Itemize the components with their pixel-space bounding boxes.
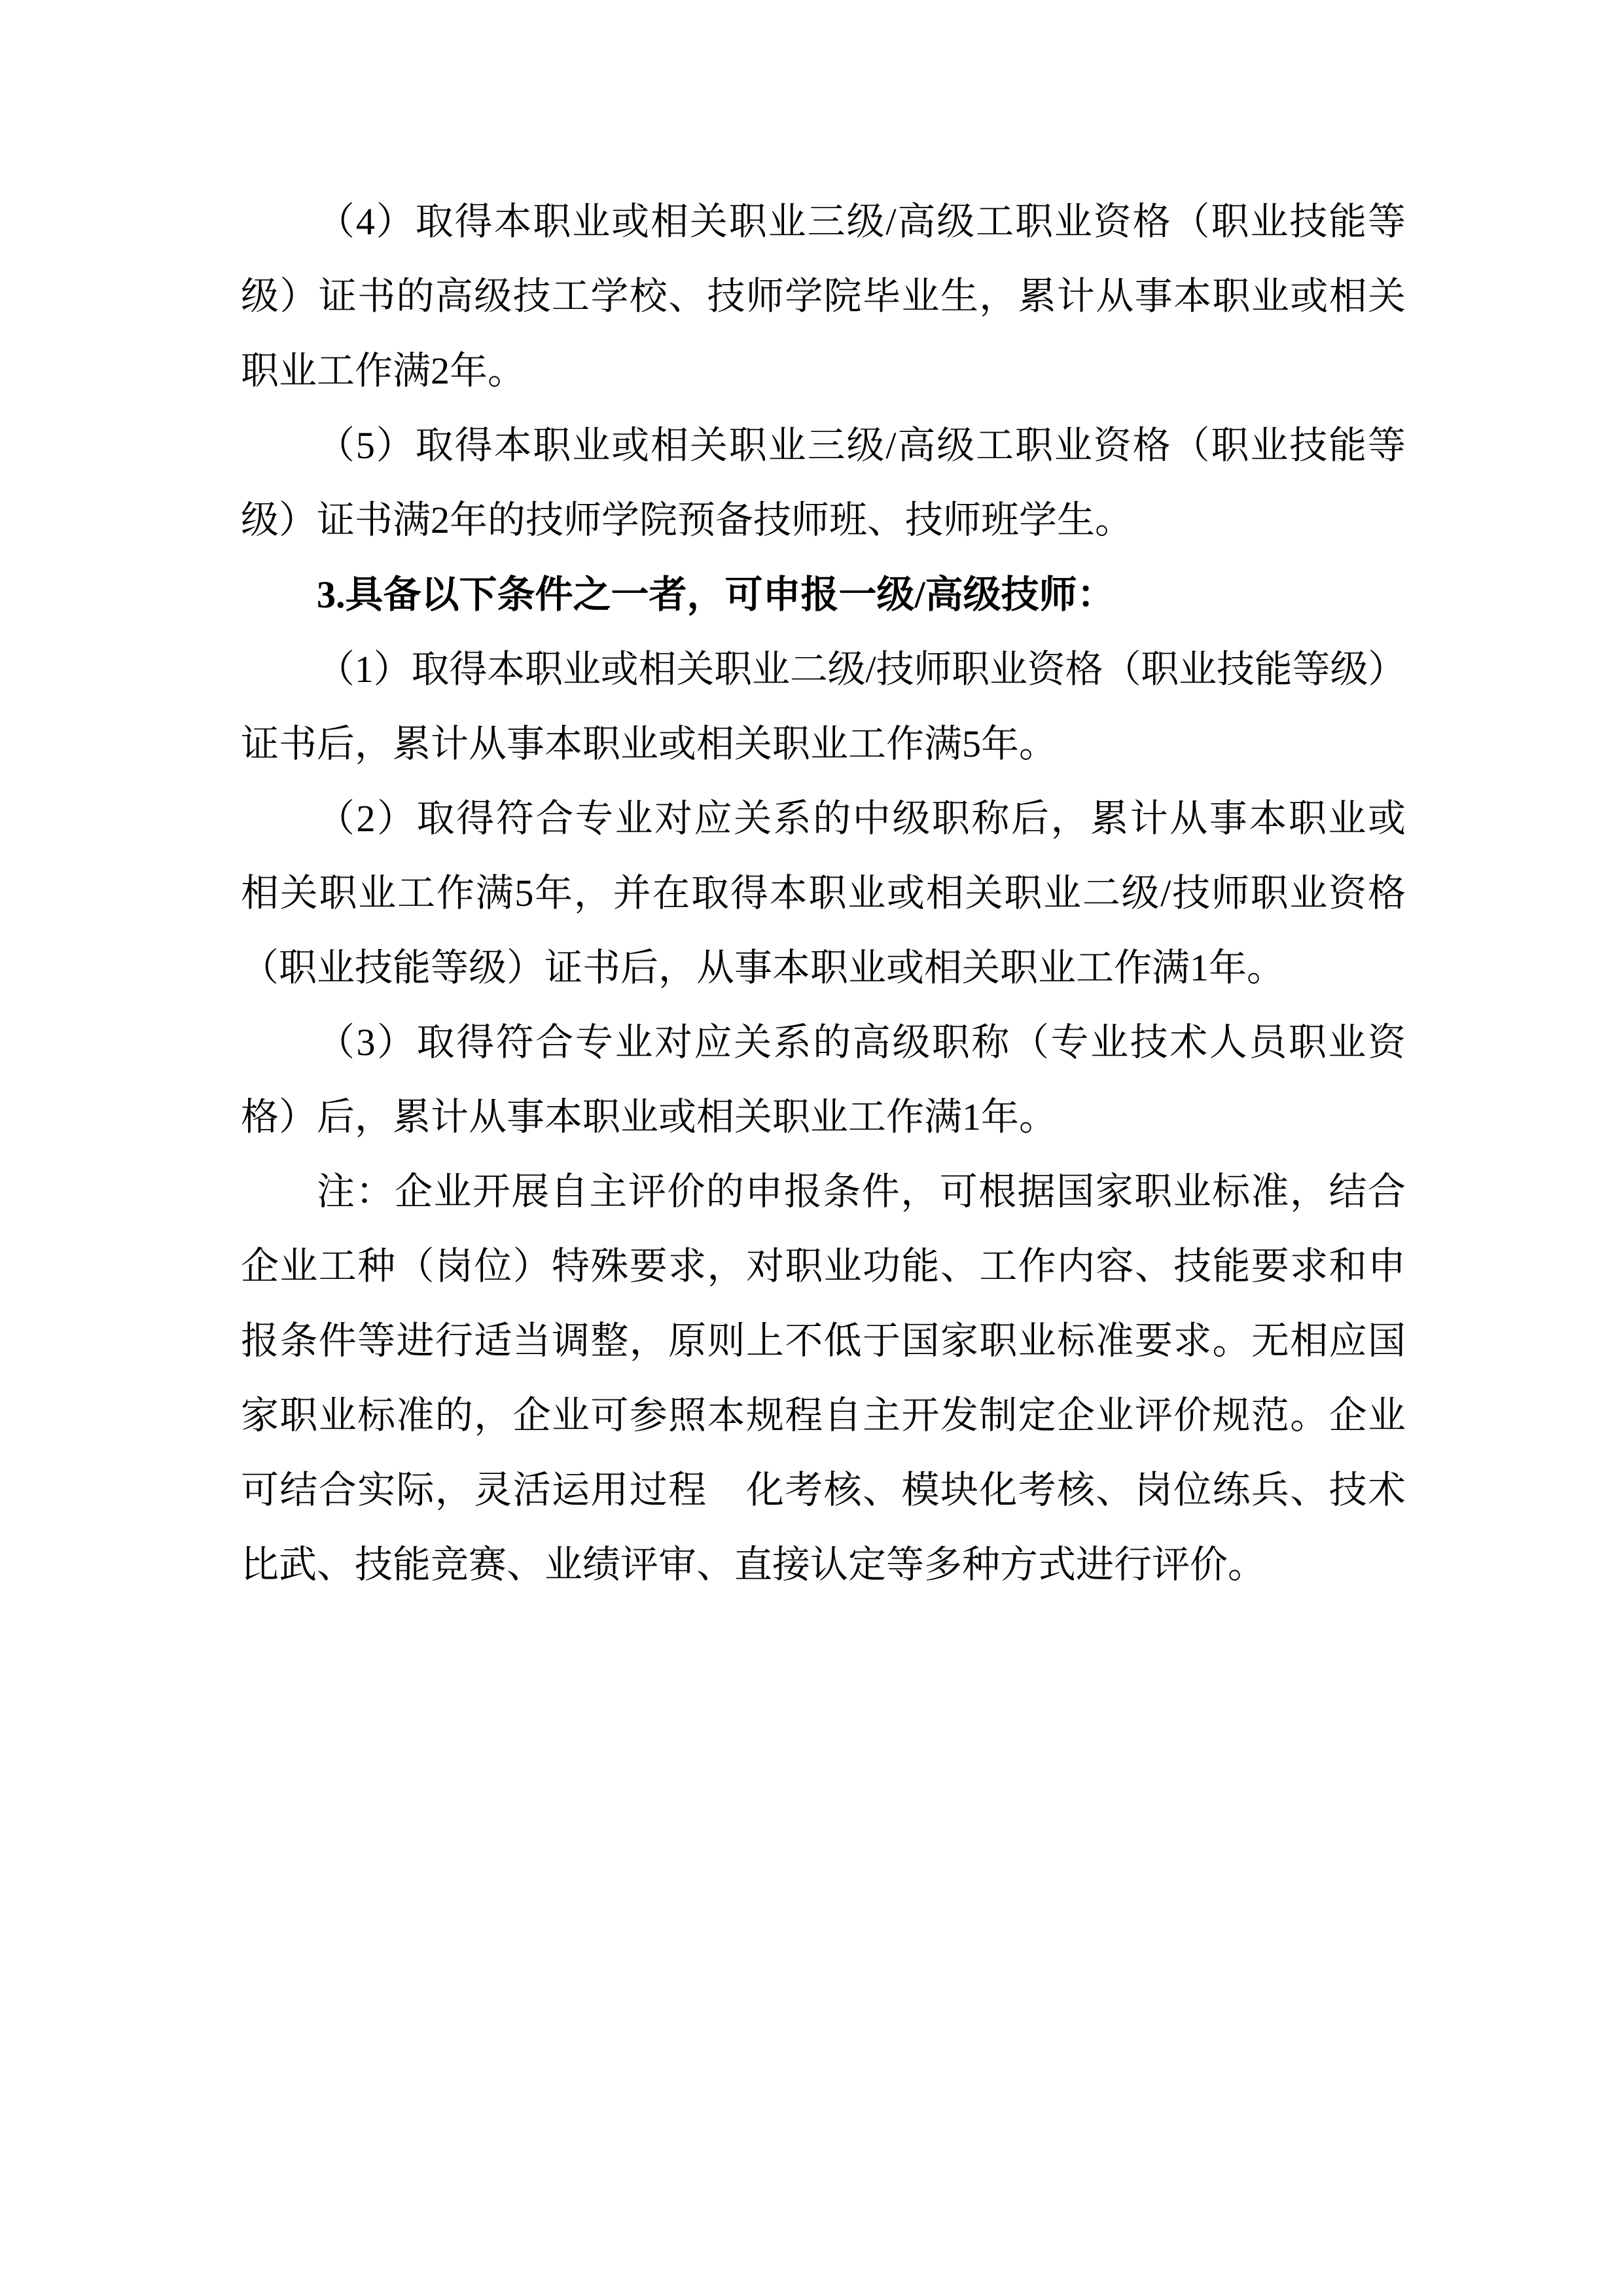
text-line: 比武、技能竞赛、业绩评审、直接认定等多种方式进行评价。 <box>241 1528 1406 1602</box>
text-line: 证书后，累计从事本职业或相关职业工作满5年。 <box>241 707 1406 781</box>
paragraph-heading-3: 3.具备以下条件之一者，可申报一级/高级技师： <box>241 558 1406 632</box>
document-page: （4）取得本职业或相关职业三级/高级工职业资格（职业技能等级）证书的高级技工学校… <box>0 0 1623 2296</box>
text-line: 级）证书的高级技工学校、技师学院毕业生，累计从事本职业或相关 <box>241 259 1406 334</box>
text-line: 家职业标准的，企业可参照本规程自主开发制定企业评价规范。企业 <box>241 1378 1406 1453</box>
text-line: 职业工作满2年。 <box>241 334 1406 408</box>
document-body: （4）取得本职业或相关职业三级/高级工职业资格（职业技能等级）证书的高级技工学校… <box>241 185 1406 1602</box>
text-line: 企业工种（岗位）特殊要求，对职业功能、工作内容、技能要求和申 <box>241 1229 1406 1304</box>
paragraph-item-3-3: （3）取得符合专业对应关系的高级职称（专业技术人员职业资格）后，累计从事本职业或… <box>241 1005 1406 1155</box>
text-line: （职业技能等级）证书后，从事本职业或相关职业工作满1年。 <box>241 931 1406 1005</box>
paragraph-item-2-4: （4）取得本职业或相关职业三级/高级工职业资格（职业技能等级）证书的高级技工学校… <box>241 185 1406 408</box>
text-line: 报条件等进行适当调整，原则上不低于国家职业标准要求。无相应国 <box>241 1304 1406 1378</box>
paragraph-item-2-5: （5）取得本职业或相关职业三级/高级工职业资格（职业技能等级）证书满2年的技师学… <box>241 408 1406 558</box>
text-line: （3）取得符合专业对应关系的高级职称（专业技术人员职业资 <box>241 1005 1406 1080</box>
text-line: 可结合实际，灵活运用过程 化考核、模块化考核、岗位练兵、技术 <box>241 1453 1406 1528</box>
paragraph-note: 注：企业开展自主评价的申报条件，可根据国家职业标准，结合企业工种（岗位）特殊要求… <box>241 1155 1406 1602</box>
text-line: （2）取得符合专业对应关系的中级职称后，累计从事本职业或 <box>241 781 1406 856</box>
text-line: 3.具备以下条件之一者，可申报一级/高级技师： <box>241 558 1406 632</box>
text-line: （1）取得本职业或相关职业二级/技师职业资格（职业技能等级） <box>241 632 1406 707</box>
text-line: 格）后，累计从事本职业或相关职业工作满1年。 <box>241 1080 1406 1155</box>
paragraph-item-3-2: （2）取得符合专业对应关系的中级职称后，累计从事本职业或相关职业工作满5年，并在… <box>241 781 1406 1005</box>
text-line: 注：企业开展自主评价的申报条件，可根据国家职业标准，结合 <box>241 1155 1406 1229</box>
paragraph-item-3-1: （1）取得本职业或相关职业二级/技师职业资格（职业技能等级）证书后，累计从事本职… <box>241 632 1406 781</box>
text-line: （5）取得本职业或相关职业三级/高级工职业资格（职业技能等 <box>241 408 1406 483</box>
text-line: 级）证书满2年的技师学院预备技师班、技师班学生。 <box>241 483 1406 558</box>
text-line: 相关职业工作满5年，并在取得本职业或相关职业二级/技师职业资格 <box>241 856 1406 931</box>
text-line: （4）取得本职业或相关职业三级/高级工职业资格（职业技能等 <box>241 185 1406 259</box>
